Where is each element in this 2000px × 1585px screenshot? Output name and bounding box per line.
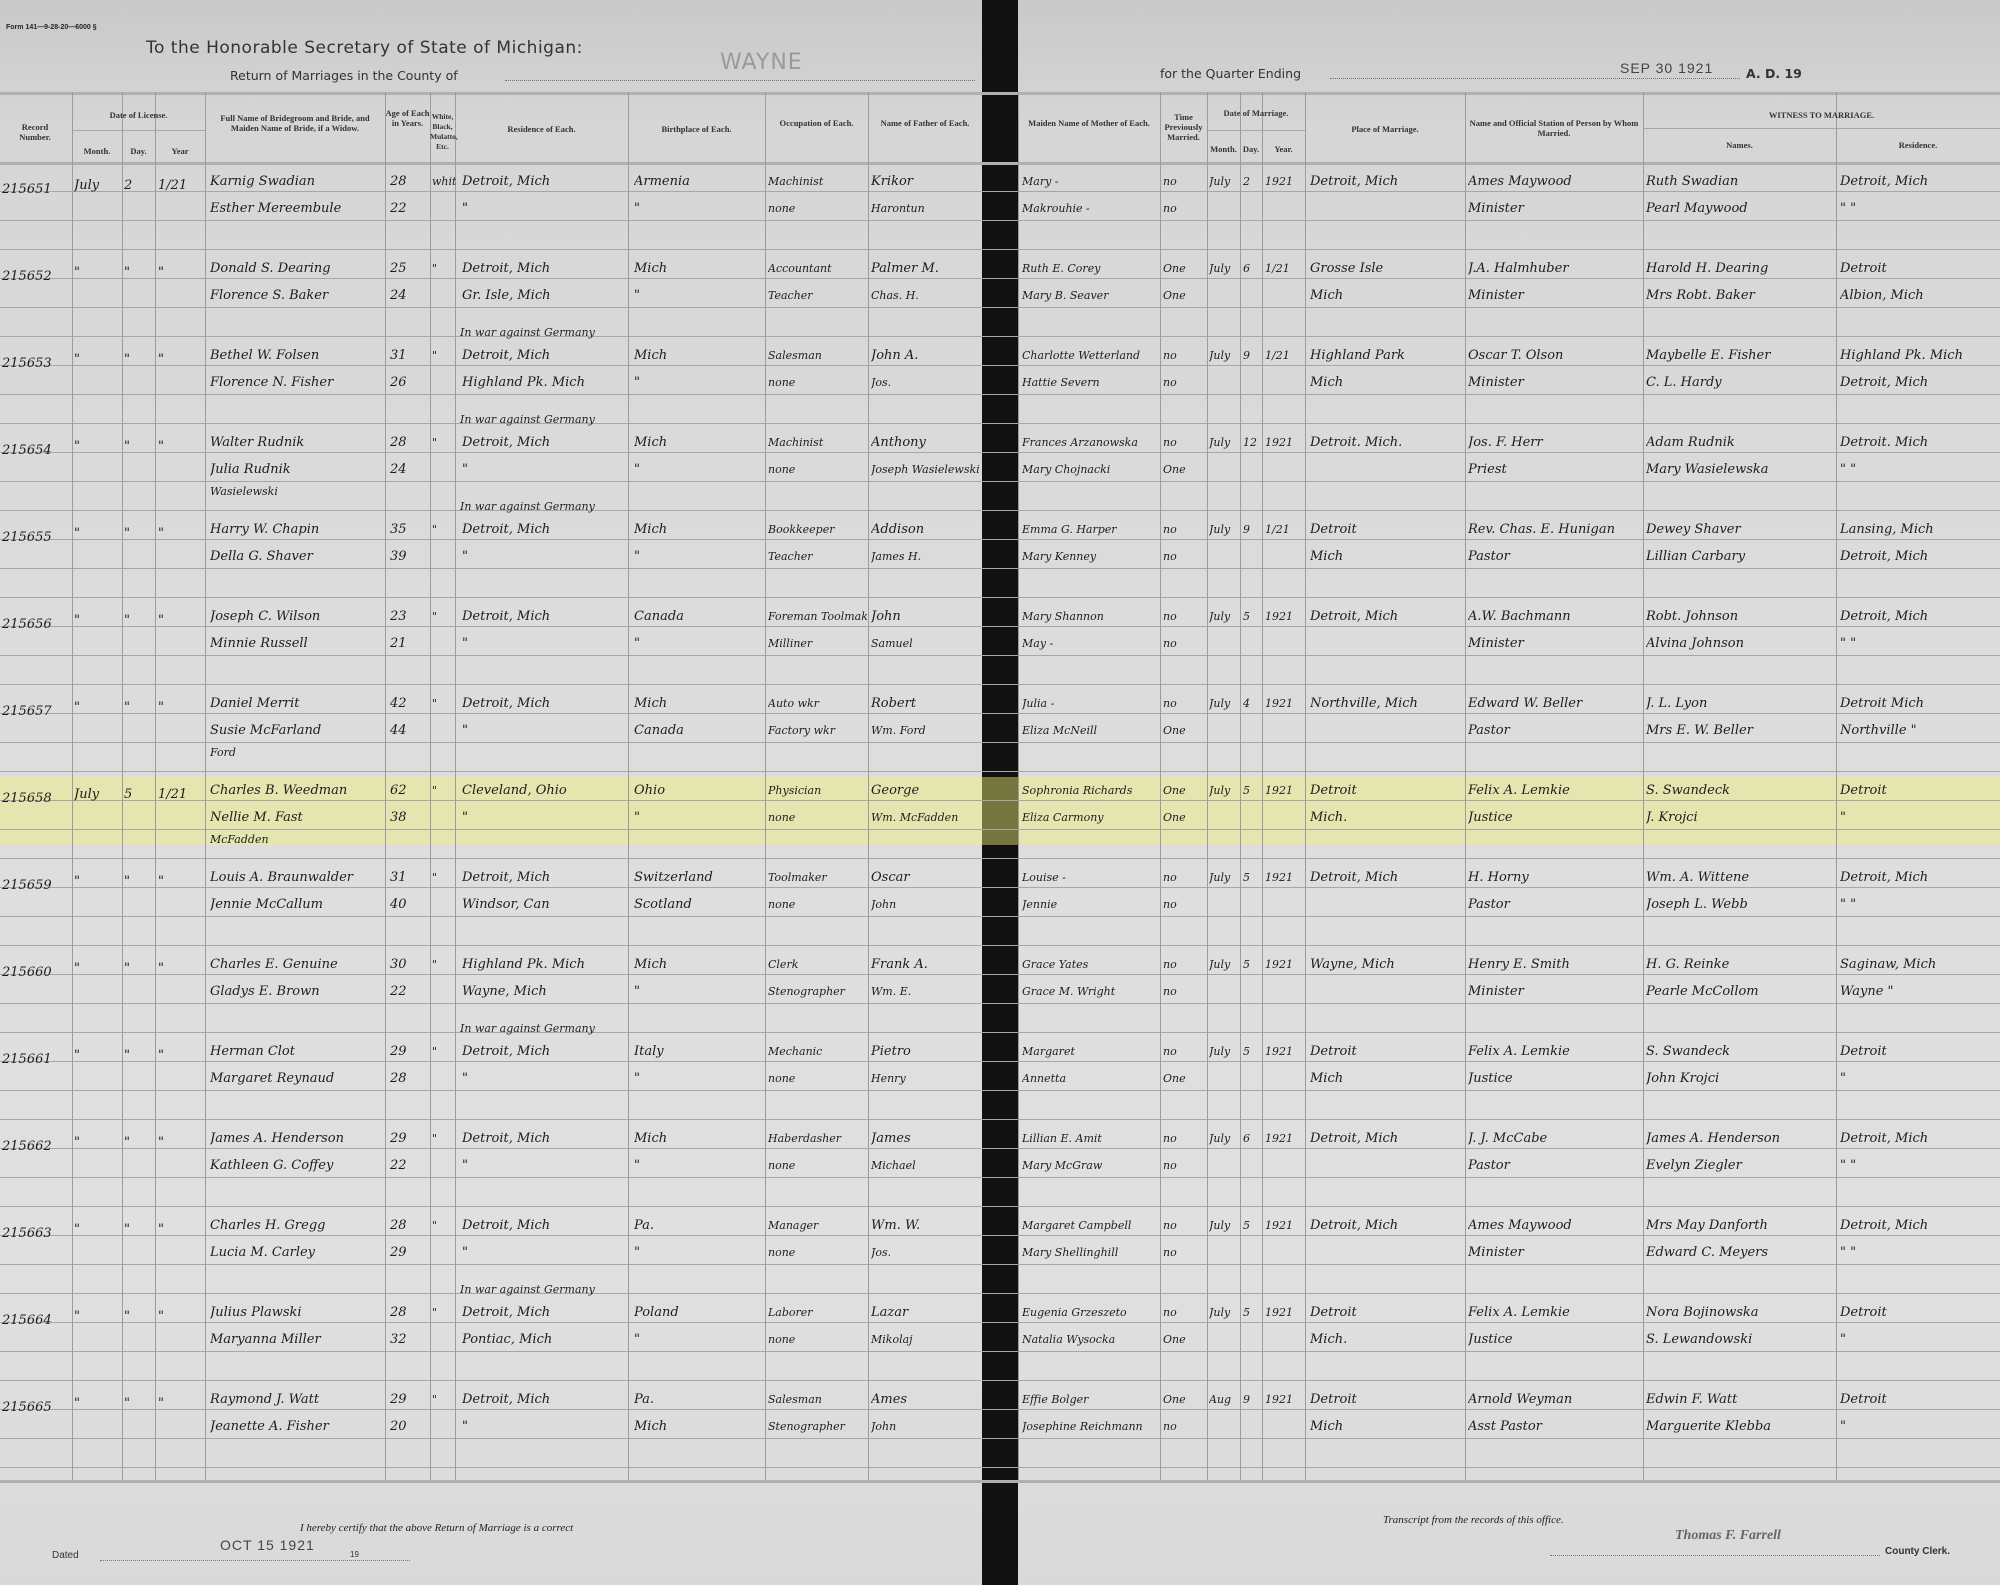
- witness-residence: " ": [1840, 1245, 2000, 1261]
- bride-times-married: no: [1163, 375, 1207, 391]
- groom-birthplace: Poland: [634, 1305, 764, 1321]
- license-month: ": [74, 265, 122, 281]
- officiant-title: Minister: [1468, 288, 1640, 304]
- bride-age: 22: [390, 984, 430, 1000]
- license-day: ": [124, 1135, 154, 1151]
- officiant-title: Minister: [1468, 984, 1640, 1000]
- groom-age: 30: [390, 957, 430, 973]
- header-father: Name of Father of Each.: [868, 118, 982, 128]
- groom-father: Robert: [871, 696, 981, 712]
- groom-mother: Mary Shannon: [1022, 609, 1158, 625]
- bride-times-married: no: [1163, 549, 1207, 565]
- bride-maiden-name: McFadden: [210, 832, 385, 848]
- bride-name: Kathleen G. Coffey: [210, 1158, 385, 1174]
- witness-residence: Detroit: [1840, 1044, 2000, 1060]
- rule-line: [0, 220, 2000, 221]
- bride-mother: Mary B. Seaver: [1022, 288, 1158, 304]
- officiant-name: Felix A. Lemkie: [1468, 1044, 1640, 1060]
- groom-age: 31: [390, 348, 430, 364]
- bride-age: 21: [390, 636, 430, 652]
- license-month: ": [74, 1135, 122, 1151]
- groom-name: Harry W. Chapin: [210, 522, 385, 538]
- officiant-title: Justice: [1468, 810, 1640, 826]
- marriage-month: July: [1209, 1044, 1240, 1060]
- witness-residence: Detroit, Mich: [1840, 870, 2000, 886]
- bride-occupation: none: [768, 810, 868, 826]
- marriage-place: Detroit: [1310, 522, 1465, 538]
- bride-father: Harontun: [871, 201, 981, 217]
- bride-times-married: no: [1163, 1245, 1207, 1261]
- rule-line: [0, 336, 2000, 337]
- license-year: ": [158, 700, 204, 716]
- military-service-note: In war against Germany: [460, 1283, 595, 1296]
- witness-name: Joseph L. Webb: [1646, 897, 1836, 913]
- bride-mother: Mary Kenney: [1022, 549, 1158, 565]
- rule-line: [0, 1480, 2000, 1483]
- race: ": [432, 1218, 456, 1234]
- rule-line: [0, 1438, 2000, 1439]
- groom-times-married: no: [1163, 1131, 1207, 1147]
- groom-age: 25: [390, 261, 430, 277]
- officiant-name: Rev. Chas. E. Hunigan: [1468, 522, 1640, 538]
- groom-age: 28: [390, 1305, 430, 1321]
- officiant-name: H. Horny: [1468, 870, 1640, 886]
- record-number: 215658: [2, 791, 72, 807]
- bride-age: 29: [390, 1245, 430, 1261]
- marriage-year: 1/21: [1265, 522, 1305, 538]
- groom-occupation: Bookkeeper: [768, 522, 868, 538]
- groom-age: 28: [390, 174, 430, 190]
- rule-line: [72, 130, 205, 131]
- race: ": [432, 609, 456, 625]
- license-month: ": [74, 526, 122, 542]
- race: ": [432, 783, 456, 799]
- groom-age: 29: [390, 1044, 430, 1060]
- race: ": [432, 1392, 456, 1408]
- license-month: ": [74, 439, 122, 455]
- rule-line: [0, 771, 2000, 772]
- rule-line: [0, 278, 2000, 279]
- bride-age: 22: [390, 1158, 430, 1174]
- bride-occupation: Teacher: [768, 288, 868, 304]
- marriage-month: July: [1209, 696, 1240, 712]
- bride-birthplace: Scotland: [634, 897, 764, 913]
- groom-residence: Detroit, Mich: [462, 348, 627, 364]
- rule-line: [0, 858, 2000, 859]
- column-line: [1836, 92, 1837, 1480]
- bride-residence: Gr. Isle, Mich: [462, 288, 627, 304]
- license-year: 1/21: [158, 787, 204, 803]
- header-witness: WITNESS TO MARRIAGE.: [1643, 110, 2000, 120]
- marriage-month: July: [1209, 783, 1240, 799]
- marriage-place-state: Mich: [1310, 1419, 1465, 1435]
- bride-times-married: One: [1163, 1332, 1207, 1348]
- groom-mother: Grace Yates: [1022, 957, 1158, 973]
- bride-age: 32: [390, 1332, 430, 1348]
- bride-mother: Grace M. Wright: [1022, 984, 1158, 1000]
- bride-father: Wm. Ford: [871, 723, 981, 739]
- bride-birthplace: Mich: [634, 1419, 764, 1435]
- groom-birthplace: Ohio: [634, 783, 764, 799]
- groom-birthplace: Pa.: [634, 1218, 764, 1234]
- witness-residence: " ": [1840, 636, 2000, 652]
- witness-name: Nora Bojinowska: [1646, 1305, 1836, 1321]
- bride-residence: ": [462, 1245, 627, 1261]
- groom-age: 28: [390, 1218, 430, 1234]
- witness-name: Dewey Shaver: [1646, 522, 1836, 538]
- groom-mother: Margaret Campbell: [1022, 1218, 1158, 1234]
- groom-birthplace: Mich: [634, 1131, 764, 1147]
- marriage-day: 5: [1243, 1218, 1264, 1234]
- groom-name: Joseph C. Wilson: [210, 609, 385, 625]
- license-day: ": [124, 874, 154, 890]
- groom-name: Louis A. Braunwalder: [210, 870, 385, 886]
- witness-residence: Detroit Mich: [1840, 696, 2000, 712]
- officiant-name: Oscar T. Olson: [1468, 348, 1640, 364]
- groom-times-married: no: [1163, 870, 1207, 886]
- column-line: [1018, 92, 1019, 1480]
- bride-occupation: none: [768, 1245, 868, 1261]
- bride-father: Henry: [871, 1071, 981, 1087]
- groom-birthplace: Mich: [634, 261, 764, 277]
- military-service-note: In war against Germany: [460, 413, 595, 426]
- groom-name: Julius Plawski: [210, 1305, 385, 1321]
- groom-birthplace: Mich: [634, 696, 764, 712]
- license-day: ": [124, 1048, 154, 1064]
- rule-line: [1643, 128, 2000, 129]
- marriage-month: July: [1209, 1305, 1240, 1321]
- license-day: ": [124, 1222, 154, 1238]
- license-month: ": [74, 352, 122, 368]
- rule-line: [0, 945, 2000, 946]
- header-full-name: Full Name of Bridegroom and Bride, and M…: [208, 113, 382, 133]
- witness-residence: " ": [1840, 201, 2000, 217]
- groom-name: Karnig Swadian: [210, 174, 385, 190]
- bride-times-married: One: [1163, 462, 1207, 478]
- bride-father: Mikolaj: [871, 1332, 981, 1348]
- marriage-day: 5: [1243, 870, 1264, 886]
- bride-mother: Hattie Severn: [1022, 375, 1158, 391]
- bride-occupation: none: [768, 462, 868, 478]
- witness-residence: Detroit: [1840, 261, 2000, 277]
- rule-line: [1207, 130, 1305, 131]
- license-year: ": [158, 352, 204, 368]
- marriage-month: July: [1209, 609, 1240, 625]
- bride-father: James H.: [871, 549, 981, 565]
- marriage-place: Detroit: [1310, 1392, 1465, 1408]
- race: ": [432, 522, 456, 538]
- witness-residence: ": [1840, 810, 2000, 826]
- witness-residence: Detroit: [1840, 783, 2000, 799]
- groom-name: Charles E. Genuine: [210, 957, 385, 973]
- groom-father: James: [871, 1131, 981, 1147]
- marriage-day: 12: [1243, 435, 1264, 451]
- license-day: ": [124, 265, 154, 281]
- license-year: ": [158, 1135, 204, 1151]
- header-marriage-month: Month.: [1207, 144, 1240, 154]
- clerk-title: County Clerk.: [1885, 1546, 1950, 1557]
- groom-occupation: Salesman: [768, 348, 868, 364]
- quarter-dotline: [1330, 78, 1740, 79]
- license-day: ": [124, 352, 154, 368]
- bride-age: 44: [390, 723, 430, 739]
- witness-residence: Saginaw, Mich: [1840, 957, 2000, 973]
- rule-line: [0, 1351, 2000, 1352]
- marriage-day: 5: [1243, 783, 1264, 799]
- witness-residence: Detroit, Mich: [1840, 609, 2000, 625]
- witness-name: S. Lewandowski: [1646, 1332, 1836, 1348]
- rule-line: [0, 713, 2000, 714]
- marriage-month: July: [1209, 174, 1240, 190]
- bride-residence: ": [462, 201, 627, 217]
- bride-occupation: Factory wkr: [768, 723, 868, 739]
- certify-statement: I hereby certify that the above Return o…: [300, 1522, 573, 1534]
- bride-birthplace: ": [634, 1071, 764, 1087]
- groom-birthplace: Mich: [634, 957, 764, 973]
- header-times-married: Time Previously Married.: [1160, 112, 1207, 142]
- bride-father: John: [871, 897, 981, 913]
- column-line: [1207, 92, 1208, 1480]
- record-number: 215663: [2, 1226, 72, 1242]
- bride-age: 39: [390, 549, 430, 565]
- witness-name: James A. Henderson: [1646, 1131, 1836, 1147]
- record-number: 215661: [2, 1052, 72, 1068]
- bride-birthplace: ": [634, 1158, 764, 1174]
- groom-mother: Ruth E. Corey: [1022, 261, 1158, 277]
- groom-occupation: Clerk: [768, 957, 868, 973]
- document-title: To the Honorable Secretary of State of M…: [146, 38, 583, 58]
- rule-line: [0, 742, 2000, 743]
- bride-birthplace: ": [634, 288, 764, 304]
- bride-father: Jos.: [871, 1245, 981, 1261]
- bride-occupation: none: [768, 201, 868, 217]
- military-service-note: In war against Germany: [460, 1022, 595, 1035]
- marriage-day: 2: [1243, 174, 1264, 190]
- groom-mother: Sophronia Richards: [1022, 783, 1158, 799]
- groom-father: Anthony: [871, 435, 981, 451]
- dated-suffix: 19: [350, 1550, 359, 1559]
- bride-mother: May -: [1022, 636, 1158, 652]
- record-number: 215664: [2, 1313, 72, 1329]
- marriage-place-state: Mich: [1310, 1071, 1465, 1087]
- witness-name: Alvina Johnson: [1646, 636, 1836, 652]
- rule-line: [0, 684, 2000, 685]
- witness-name: Robt. Johnson: [1646, 609, 1836, 625]
- record-number: 215657: [2, 704, 72, 720]
- marriage-place: Detroit: [1310, 1044, 1465, 1060]
- groom-occupation: Accountant: [768, 261, 868, 277]
- groom-name: Donald S. Dearing: [210, 261, 385, 277]
- license-month: ": [74, 961, 122, 977]
- witness-name: Mrs May Danforth: [1646, 1218, 1836, 1234]
- groom-birthplace: Armenia: [634, 174, 764, 190]
- license-year: ": [158, 874, 204, 890]
- license-year: 1/21: [158, 178, 204, 194]
- witness-residence: Albion, Mich: [1840, 288, 2000, 304]
- groom-name: Daniel Merrit: [210, 696, 385, 712]
- groom-times-married: no: [1163, 696, 1207, 712]
- groom-name: Raymond J. Watt: [210, 1392, 385, 1408]
- marriage-year: 1921: [1265, 1131, 1305, 1147]
- ad-label: A. D. 19: [1746, 66, 1802, 81]
- groom-residence: Detroit, Mich: [462, 609, 627, 625]
- groom-mother: Charlotte Wetterland: [1022, 348, 1158, 364]
- bride-father: Jos.: [871, 375, 981, 391]
- officiant-title: Justice: [1468, 1332, 1640, 1348]
- race: ": [432, 870, 456, 886]
- rule-line: [0, 1061, 2000, 1062]
- witness-residence: Wayne ": [1840, 984, 2000, 1000]
- bride-age: 24: [390, 288, 430, 304]
- bride-mother: Eliza McNeill: [1022, 723, 1158, 739]
- groom-times-married: no: [1163, 522, 1207, 538]
- bride-birthplace: ": [634, 1332, 764, 1348]
- marriage-day: 9: [1243, 1392, 1264, 1408]
- groom-times-married: no: [1163, 1218, 1207, 1234]
- rule-line: [0, 394, 2000, 395]
- marriage-place: Detroit. Mich.: [1310, 435, 1465, 451]
- groom-residence: Detroit, Mich: [462, 1305, 627, 1321]
- license-year: ": [158, 439, 204, 455]
- groom-father: Wm. W.: [871, 1218, 981, 1234]
- column-line: [72, 92, 73, 1480]
- groom-birthplace: Pa.: [634, 1392, 764, 1408]
- rule-line: [0, 1206, 2000, 1207]
- column-line: [628, 92, 629, 1480]
- license-month: ": [74, 1396, 122, 1412]
- license-month: ": [74, 613, 122, 629]
- bride-residence: ": [462, 549, 627, 565]
- groom-age: 29: [390, 1392, 430, 1408]
- bride-name: Julia Rudnik: [210, 462, 385, 478]
- bride-mother: Mary Shellinghill: [1022, 1245, 1158, 1261]
- record-number: 215651: [2, 182, 72, 198]
- groom-residence: Detroit, Mich: [462, 261, 627, 277]
- witness-residence: Detroit. Mich: [1840, 435, 2000, 451]
- bride-birthplace: ": [634, 549, 764, 565]
- groom-occupation: Manager: [768, 1218, 868, 1234]
- officiant-name: J. J. McCabe: [1468, 1131, 1640, 1147]
- marriage-month: July: [1209, 1131, 1240, 1147]
- witness-name: Pearle McCollom: [1646, 984, 1836, 1000]
- marriage-place: Detroit, Mich: [1310, 1218, 1465, 1234]
- marriage-day: 6: [1243, 261, 1264, 277]
- witness-residence: ": [1840, 1071, 2000, 1087]
- witness-name: Pearl Maywood: [1646, 201, 1836, 217]
- groom-times-married: One: [1163, 1392, 1207, 1408]
- marriage-place: Detroit: [1310, 783, 1465, 799]
- column-line: [430, 92, 431, 1480]
- marriage-year: 1/21: [1265, 348, 1305, 364]
- groom-times-married: no: [1163, 174, 1207, 190]
- witness-name: Edward C. Meyers: [1646, 1245, 1836, 1261]
- header-record-number: Record Number.: [5, 122, 65, 142]
- rule-line: [0, 1148, 2000, 1149]
- marriage-place-state: Mich: [1310, 549, 1465, 565]
- marriage-place-state: Mich.: [1310, 1332, 1465, 1348]
- officiant-title: Pastor: [1468, 897, 1640, 913]
- rule-line: [0, 800, 2000, 801]
- officiant-name: J.A. Halmhuber: [1468, 261, 1640, 277]
- groom-occupation: Mechanic: [768, 1044, 868, 1060]
- rule-line: [0, 307, 2000, 308]
- marriage-year: 1921: [1265, 1392, 1305, 1408]
- column-line: [155, 92, 156, 1480]
- bride-father: Wm. E.: [871, 984, 981, 1000]
- header-date-of-license: Date of License.: [72, 110, 205, 120]
- rule-line: [0, 1235, 2000, 1236]
- bride-name: Gladys E. Brown: [210, 984, 385, 1000]
- license-year: ": [158, 1222, 204, 1238]
- bride-times-married: no: [1163, 1419, 1207, 1435]
- bride-name: Maryanna Miller: [210, 1332, 385, 1348]
- groom-residence: Detroit, Mich: [462, 696, 627, 712]
- marriage-day: 5: [1243, 957, 1264, 973]
- marriage-day: 5: [1243, 1044, 1264, 1060]
- marriage-place-state: Mich.: [1310, 810, 1465, 826]
- groom-residence: Detroit, Mich: [462, 522, 627, 538]
- license-day: ": [124, 1309, 154, 1325]
- rule-line: [0, 1264, 2000, 1265]
- marriage-day: 5: [1243, 1305, 1264, 1321]
- bride-times-married: no: [1163, 636, 1207, 652]
- column-line: [1643, 92, 1644, 1480]
- officiant-name: Jos. F. Herr: [1468, 435, 1640, 451]
- witness-residence: ": [1840, 1419, 2000, 1435]
- officiant-title: Minister: [1468, 636, 1640, 652]
- header-date-of-marriage: Date of Marriage.: [1207, 108, 1305, 118]
- officiant-name: Felix A. Lemkie: [1468, 783, 1640, 799]
- bride-birthplace: ": [634, 636, 764, 652]
- groom-residence: Detroit, Mich: [462, 435, 627, 451]
- rule-line: [0, 626, 2000, 627]
- groom-age: 42: [390, 696, 430, 712]
- marriage-day: 9: [1243, 522, 1264, 538]
- groom-father: Krikor: [871, 174, 981, 190]
- groom-times-married: One: [1163, 783, 1207, 799]
- witness-name: Marguerite Klebba: [1646, 1419, 1836, 1435]
- bride-mother: Annetta: [1022, 1071, 1158, 1087]
- marriage-year: 1921: [1265, 1305, 1305, 1321]
- witness-name: Mrs Robt. Baker: [1646, 288, 1836, 304]
- marriage-month: July: [1209, 1218, 1240, 1234]
- groom-occupation: Machinist: [768, 174, 868, 190]
- bride-birthplace: ": [634, 1245, 764, 1261]
- header-license-year: Year: [155, 146, 205, 156]
- groom-times-married: no: [1163, 1044, 1207, 1060]
- witness-name: S. Swandeck: [1646, 1044, 1836, 1060]
- witness-name: H. G. Reinke: [1646, 957, 1836, 973]
- license-day: ": [124, 439, 154, 455]
- race: ": [432, 1305, 456, 1321]
- witness-name: Edwin F. Watt: [1646, 1392, 1836, 1408]
- marriage-place: Detroit: [1310, 1305, 1465, 1321]
- license-day: ": [124, 961, 154, 977]
- bride-age: 26: [390, 375, 430, 391]
- groom-father: Ames: [871, 1392, 981, 1408]
- dated-stamp: OCT 15 1921: [220, 1537, 315, 1553]
- rule-line: [0, 1177, 2000, 1178]
- marriage-year: 1921: [1265, 957, 1305, 973]
- groom-birthplace: Italy: [634, 1044, 764, 1060]
- bride-name: Florence N. Fisher: [210, 375, 385, 391]
- groom-name: Bethel W. Folsen: [210, 348, 385, 364]
- witness-residence: Northville ": [1840, 723, 2000, 739]
- license-year: ": [158, 1048, 204, 1064]
- column-line: [1465, 92, 1466, 1480]
- bride-name: Susie McFarland: [210, 723, 385, 739]
- officiant-title: Minister: [1468, 375, 1640, 391]
